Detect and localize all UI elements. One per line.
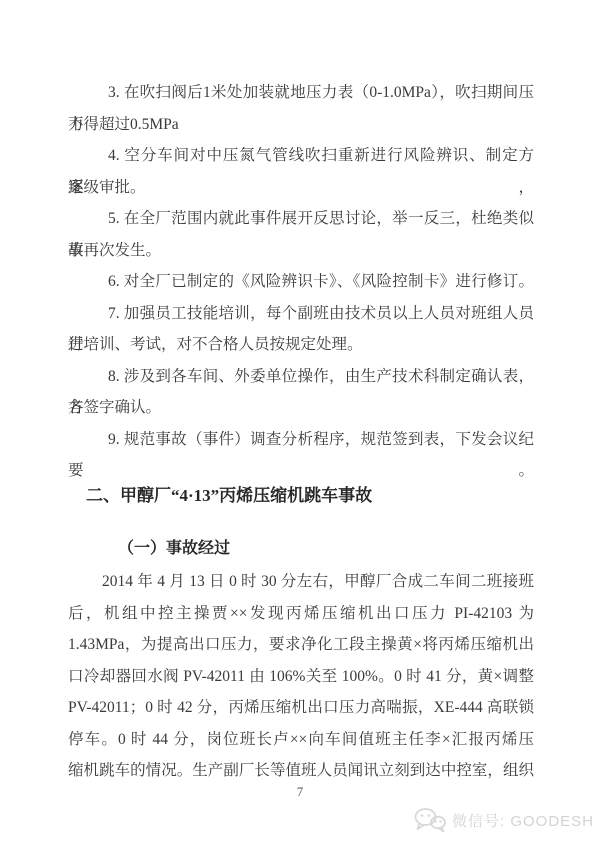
measures-list: 3. 在吹扫阀后1米处加装就地压力表（0-1.0MPa），吹扫期间压力 不得超过… — [68, 77, 534, 455]
watermark-label: 微信号: GOODESH — [452, 810, 594, 831]
measure-line: 3. 在吹扫阀后1米处加装就地压力表（0-1.0MPa），吹扫期间压力 — [68, 77, 534, 109]
narrative-line: 1.43MPa，为提高出口压力，要求净化工段主操黄×将丙烯压缩机出 — [68, 629, 534, 661]
narrative-paragraph: 2014 年 4 月 13 日 0 时 30 分左右，甲醇厂合成二车间二班接班 … — [68, 566, 534, 787]
measure-line: 8. 涉及到各车间、外委单位操作，由生产技术科制定确认表，各 — [68, 361, 534, 393]
narrative-line: 2014 年 4 月 13 日 0 时 30 分左右，甲醇厂合成二车间二班接班 — [68, 566, 534, 598]
measure-line: 6. 对全厂已制定的《风险辨识卡》、《风险控制卡》进行修订。 — [68, 266, 534, 298]
measure-line: 行培训、考试，对不合格人员按规定处理。 — [68, 329, 534, 361]
measure-line: 4. 空分车间对中压氮气管线吹扫重新进行风险辨识、制定方案， — [68, 140, 534, 172]
section-subheading: （一）事故经过 — [68, 533, 534, 565]
measure-line: 不得超过0.5MPa — [68, 109, 534, 141]
narrative-line: 后，机组中控主操贾××发现丙烯压缩机出口压力 PI-42103 为 — [68, 598, 534, 630]
narrative-line: 停车。0 时 44 分，岗位班长卢××向车间值班主任李×汇报丙烯压 — [68, 724, 534, 756]
narrative-line: 缩机跳车的情况。生产副厂长等值班人员闻讯立刻到达中控室，组织 — [68, 755, 534, 787]
wechat-watermark: 微信号: GOODESH — [413, 807, 594, 833]
measure-line: 9. 规范事故（事件）调查分析程序，规范签到表，下发会议纪要。 — [68, 424, 534, 456]
measure-line: 故再次发生。 — [68, 235, 534, 267]
section-heading: 二、甲醇厂“4·13”丙烯压缩机跳车事故 — [68, 480, 534, 512]
measure-line: 5. 在全厂范围内就此事件展开反思讨论，举一反三，杜绝类似事 — [68, 203, 534, 235]
page-number: 7 — [0, 783, 600, 801]
document-page: 3. 在吹扫阀后1米处加装就地压力表（0-1.0MPa），吹扫期间压力 不得超过… — [0, 0, 600, 848]
narrative-line: PV-42011；0 时 42 分，丙烯压缩机出口压力高喘振，XE-444 高联… — [68, 692, 534, 724]
wechat-icon — [413, 807, 447, 833]
measure-line: 方签字确认。 — [68, 392, 534, 424]
measure-line: 7. 加强员工技能培训，每个副班由技术员以上人员对班组人员进 — [68, 298, 534, 330]
narrative-line: 口冷却器回水阀 PV-42011 由 106%关至 100%。0 时 41 分，… — [68, 661, 534, 693]
